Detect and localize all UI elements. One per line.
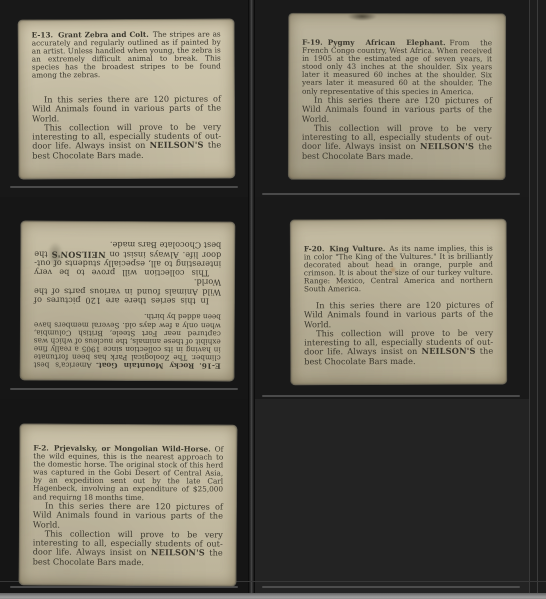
brand-name: NEILSON'S [150, 140, 204, 150]
card-description-text: From the French Congo country, West Afri… [302, 38, 492, 96]
series-paragraph-2: This collection will prove to be very in… [32, 122, 221, 160]
series-paragraph-2: This collection will prove to be very in… [302, 124, 492, 162]
series-paragraph-1: In this series there are 120 pictures of… [302, 96, 492, 124]
card-description-text: Of the wild equines, this is the nearest… [33, 445, 223, 502]
series-paragraph-1: In this series there are 120 pictures of… [304, 301, 493, 330]
card-back-text: F-19.Pygmy African Elephant.From the Fre… [289, 14, 505, 180]
card-king-vulture: F-20.King Vulture.As its name implies, t… [290, 219, 508, 386]
card-description: F-19.Pygmy African Elephant.From the Fre… [302, 39, 492, 96]
holder-lip [262, 586, 520, 588]
brand-name: NEILSON'S [51, 249, 105, 259]
card-description: E-16.Rocky Mountain Goat.America's best … [34, 312, 221, 370]
series-blurb: In this series there are 120 pictures of… [34, 240, 221, 306]
card-back-text: E-13.Grant Zebra and Colt.The stripes ar… [19, 19, 235, 178]
brand-name: NEILSON'S [420, 141, 474, 151]
card-number: E-16. [199, 361, 220, 370]
card-description: F-20.King Vulture.As its name implies, t… [304, 245, 493, 294]
card-pygmy-elephant: F-19.Pygmy African Elephant.From the Fre… [288, 13, 506, 181]
series-paragraph-2: This collection will prove to be very in… [304, 328, 493, 366]
series-paragraph-2: This collection will prove to be very in… [34, 240, 221, 278]
brand-name: NEILSON'S [421, 346, 475, 356]
card-mongolian-wild-horse: F-2.Prjevalsky, or Mongolian Wild-Horse.… [19, 423, 238, 586]
holder-right-edge [529, 0, 546, 599]
series-blurb: In this series there are 120 pictures of… [32, 94, 221, 160]
card-title: Rocky Mountain Goat. [96, 361, 194, 371]
series-blurb: In this series there are 120 pictures of… [304, 301, 493, 367]
card-description: E-13.Grant Zebra and Colt.The stripes ar… [32, 31, 221, 81]
brand-name: NEILSON'S [151, 548, 205, 558]
series-blurb: In this series there are 120 pictures of… [302, 96, 492, 162]
series-paragraph-1: In this series there are 120 pictures of… [32, 94, 221, 123]
holder-lip [262, 395, 520, 397]
series-paragraph-1: In this series there are 120 pictures of… [34, 277, 221, 306]
card-back-text: F-2.Prjevalsky, or Mongolian Wild-Horse.… [20, 424, 237, 585]
series-blurb: In this series there are 120 pictures of… [33, 501, 223, 567]
card-rocky-mountain-goat: E-16.Rocky Mountain Goat.America's best … [20, 220, 236, 381]
holder-seam-vertical [248, 0, 255, 599]
holder-lip [10, 186, 238, 188]
holder-cell-6-empty [252, 399, 546, 599]
card-back-text: E-16.Rocky Mountain Goat.America's best … [21, 221, 235, 380]
holder-lip [262, 193, 520, 195]
card-back-text: F-20.King Vulture.As its name implies, t… [291, 220, 507, 385]
series-paragraph-1: In this series there are 120 pictures of… [33, 501, 223, 530]
series-paragraph-2: This collection will prove to be very in… [33, 529, 223, 567]
holder-lip [10, 388, 238, 390]
card-grant-zebra: E-13.Grant Zebra and Colt.The stripes ar… [18, 18, 236, 179]
holder-bottom-edge [0, 593, 546, 599]
card-description-text: America's best climber. The Zoological P… [34, 313, 221, 370]
photo-board: E-13.Grant Zebra and Colt.The stripes ar… [0, 0, 546, 599]
card-description: F-2.Prjevalsky, or Mongolian Wild-Horse.… [33, 444, 223, 502]
